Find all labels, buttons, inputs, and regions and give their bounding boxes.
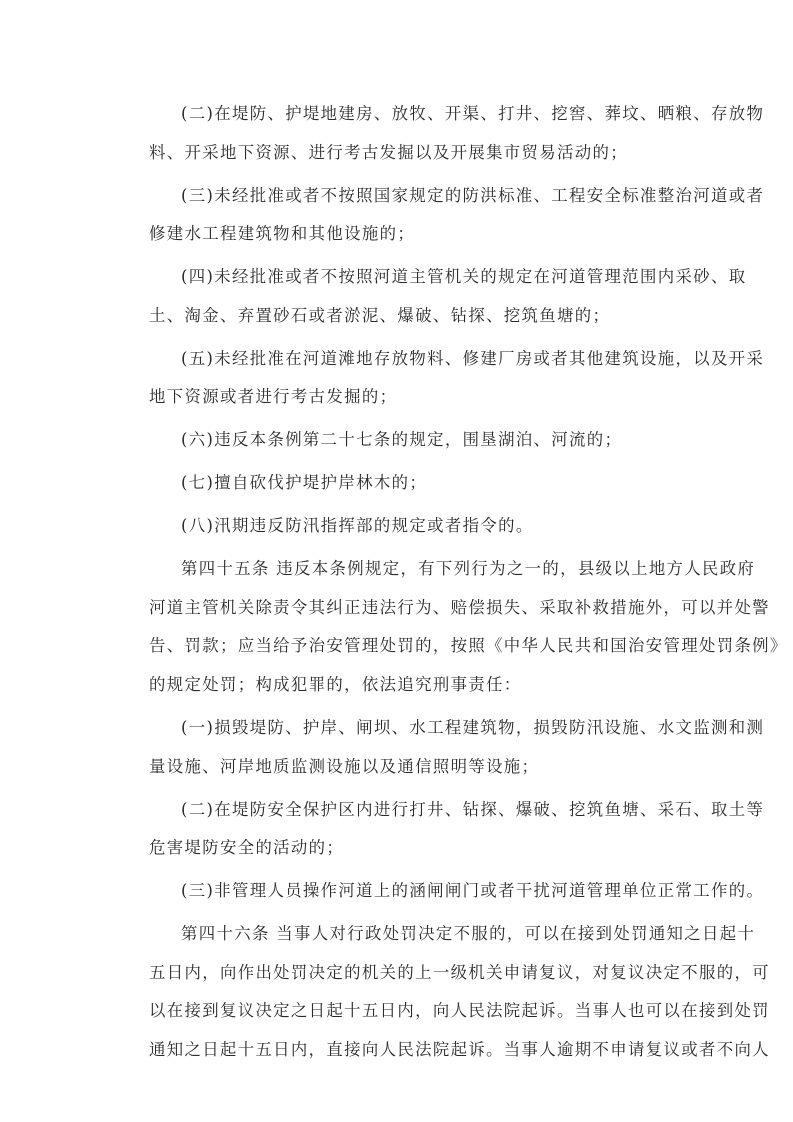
text-line: 危害堤防安全的活动的；: [117, 829, 673, 868]
paragraph-article-45-item-2: (二)在堤防安全保护区内进行打井、钻探、爆破、挖筑鱼塘、采石、取土等 危害堤防安…: [117, 791, 673, 868]
text-line: (五)未经批准在河道滩地存放物料、修建厂房或者其他建筑设施，以及开采: [117, 340, 673, 379]
paragraph-article-45: 第四十五条 违反本条例规定，有下列行为之一的，县级以上地方人民政府 河道主管机关…: [117, 550, 673, 704]
text-line: 修建水工程建筑物和其他设施的；: [117, 215, 673, 254]
text-line: (一)损毁堤防、护岸、闸坝、水工程建筑物，损毁防汛设施、水文监测和测: [117, 709, 673, 748]
text-line: 通知之日起十五日内，直接向人民法院起诉。当事人逾期不申请复议或者不向人: [117, 1031, 673, 1070]
text-line: (二)在堤防安全保护区内进行打井、钻探、爆破、挖筑鱼塘、采石、取土等: [117, 791, 673, 830]
text-line: (三)非管理人员操作河道上的涵闸闸门或者干扰河道管理单位正常工作的。: [117, 872, 673, 911]
text-line: 第四十六条 当事人对行政处罚决定不服的，可以在接到处罚通知之日起十: [117, 915, 673, 954]
paragraph-item-5-floodplain-storage: (五)未经批准在河道滩地存放物料、修建厂房或者其他建筑设施，以及开采 地下资源或…: [117, 340, 673, 417]
paragraph-item-7-tree-felling: (七)擅自砍伐护堤护岸林木的；: [117, 464, 673, 503]
text-line: (二)在堤防、护堤地建房、放牧、开渠、打井、挖窖、葬坟、晒粮、存放物: [117, 95, 673, 134]
text-line: 的规定处罚；构成犯罪的，依法追究刑事责任：: [117, 666, 673, 705]
text-line: (八)汛期违反防汛指挥部的规定或者指令的。: [117, 507, 673, 546]
paragraph-item-8-flood-season: (八)汛期违反防汛指挥部的规定或者指令的。: [117, 507, 673, 546]
text-line: 告、罚款；应当给予治安管理处罚的，按照《中华人民共和国治安管理处罚条例》: [117, 627, 673, 666]
text-line: (三)未经批准或者不按照国家规定的防洪标准、工程安全标准整治河道或者: [117, 177, 673, 216]
text-line: (七)擅自砍伐护堤护岸林木的；: [117, 464, 673, 503]
text-line: 第四十五条 违反本条例规定，有下列行为之一的，县级以上地方人民政府: [117, 550, 673, 589]
text-line: 土、淘金、弃置砂石或者淤泥、爆破、钻探、挖筑鱼塘的；: [117, 297, 673, 336]
text-line: (六)违反本条例第二十七条的规定，围垦湖泊、河流的；: [117, 421, 673, 460]
paragraph-item-2-build-on-embankment: (二)在堤防、护堤地建房、放牧、开渠、打井、挖窖、葬坟、晒粮、存放物 料、开采地…: [117, 95, 673, 172]
paragraph-item-4-sand-mining: (四)未经批准或者不按照河道主管机关的规定在河道管理范围内采砂、取 土、淘金、弃…: [117, 258, 673, 335]
text-line: 以在接到复议决定之日起十五日内，向人民法院起诉。当事人也可以在接到处罚: [117, 992, 673, 1031]
paragraph-item-3-unapproved-regulation: (三)未经批准或者不按照国家规定的防洪标准、工程安全标准整治河道或者 修建水工程…: [117, 177, 673, 254]
text-line: 料、开采地下资源、进行考古发掘以及开展集市贸易活动的；: [117, 134, 673, 173]
paragraph-item-6-reclamation: (六)违反本条例第二十七条的规定，围垦湖泊、河流的；: [117, 421, 673, 460]
text-line: 地下资源或者进行考古发掘的；: [117, 378, 673, 417]
document-page: (二)在堤防、护堤地建房、放牧、开渠、打井、挖窖、葬坟、晒粮、存放物 料、开采地…: [117, 95, 673, 1074]
paragraph-article-45-item-1: (一)损毁堤防、护岸、闸坝、水工程建筑物，损毁防汛设施、水文监测和测 量设施、河…: [117, 709, 673, 786]
text-line: 量设施、河岸地质监测设施以及通信照明等设施；: [117, 748, 673, 787]
text-line: (四)未经批准或者不按照河道主管机关的规定在河道管理范围内采砂、取: [117, 258, 673, 297]
text-line: 河道主管机关除责令其纠正违法行为、赔偿损失、采取补救措施外，可以并处警: [117, 589, 673, 628]
paragraph-article-46: 第四十六条 当事人对行政处罚决定不服的，可以在接到处罚通知之日起十 五日内，向作…: [117, 915, 673, 1069]
paragraph-article-45-item-3: (三)非管理人员操作河道上的涵闸闸门或者干扰河道管理单位正常工作的。: [117, 872, 673, 911]
text-line: 五日内，向作出处罚决定的机关的上一级机关申请复议，对复议决定不服的，可: [117, 954, 673, 993]
